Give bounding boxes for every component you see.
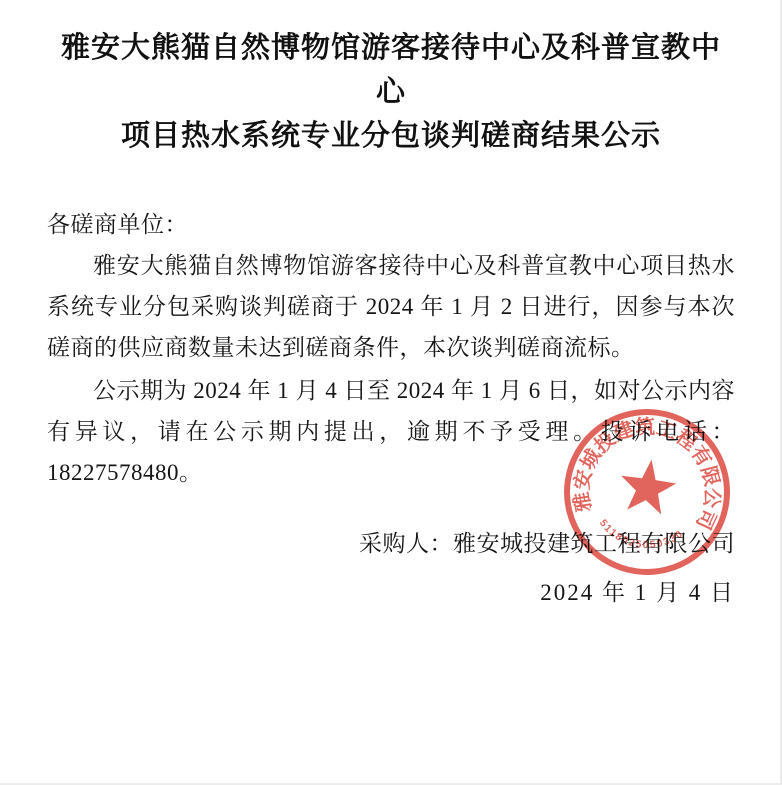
title-line-1: 雅安大熊猫自然博物馆游客接待中心及科普宣教中心 [47, 26, 735, 114]
purchaser-line: 采购人：雅安城投建筑工程有限公司 [47, 523, 735, 564]
document-content: 雅安大熊猫自然博物馆游客接待中心及科普宣教中心 项目热水系统专业分包谈判磋商结果… [0, 0, 782, 613]
body-paragraph-2: 公示期为 2024 年 1 月 4 日至 2024 年 1 月 6 日，如对公示… [47, 370, 735, 493]
body-paragraph-1: 雅安大熊猫自然博物馆游客接待中心及科普宣教中心项目热水系统专业分包采购谈判磋商于… [47, 245, 735, 368]
salutation: 各磋商单位： [47, 204, 735, 245]
title-line-2: 项目热水系统专业分包谈判磋商结果公示 [47, 114, 735, 158]
signature-date: 2024 年 1 月 4 日 [47, 572, 735, 613]
page-title: 雅安大熊猫自然博物馆游客接待中心及科普宣教中心 项目热水系统专业分包谈判磋商结果… [47, 26, 735, 158]
notice-document: 雅安大熊猫自然博物馆游客接待中心及科普宣教中心 项目热水系统专业分包谈判磋商结果… [0, 0, 782, 785]
signature-block: 采购人：雅安城投建筑工程有限公司 2024 年 1 月 4 日 [47, 523, 735, 613]
